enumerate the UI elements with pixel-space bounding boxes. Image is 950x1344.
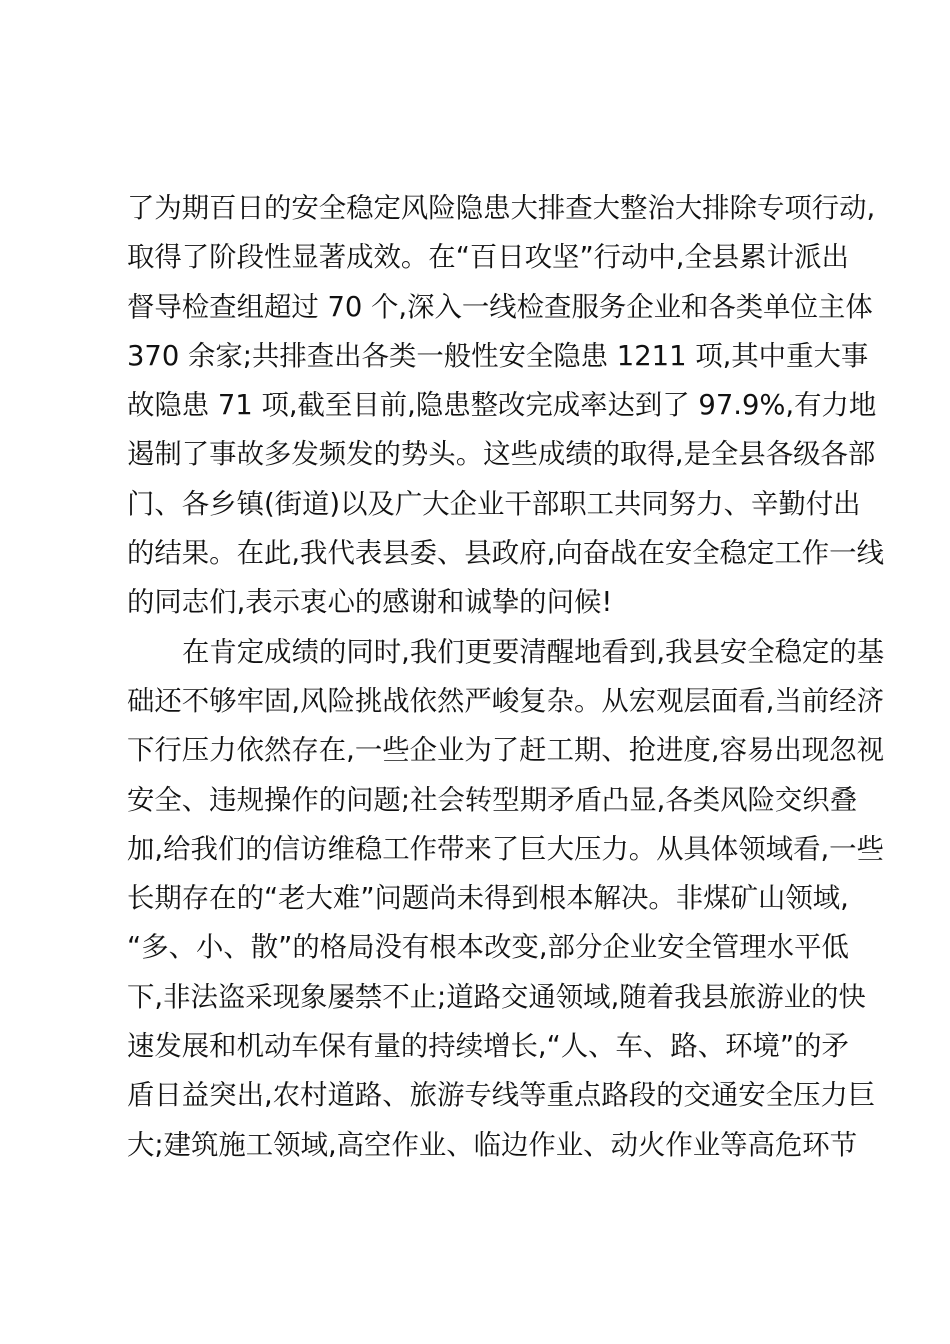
- paragraph-achievements: 了为期百日的安全稳定风险隐患大排查大整治大排除专项行动, 取得了阶段性显著成效。…: [127, 184, 832, 628]
- text-line: 安全、违规操作的问题;社会转型期矛盾凸显,各类风险交织叠: [127, 776, 832, 825]
- text-line: 取得了阶段性显著成效。在“百日攻坚”行动中,全县累计派出: [127, 233, 832, 282]
- text-line: 370 余家;共排查出各类一般性安全隐患 1211 项,其中重大事: [127, 332, 832, 381]
- text-line: 速发展和机动车保有量的持续增长,“人、车、路、环境”的矛: [127, 1022, 832, 1071]
- text-line: 下,非法盗采现象屡禁不止;道路交通领域,随着我县旅游业的快: [127, 973, 832, 1022]
- text-line: 础还不够牢固,风险挑战依然严峻复杂。从宏观层面看,当前经济: [127, 677, 832, 726]
- text-line: 督导检查组超过 70 个,深入一线检查服务企业和各类单位主体: [127, 283, 832, 332]
- text-line: “多、小、散”的格局没有根本改变,部分企业安全管理水平低: [127, 923, 832, 972]
- text-line: 门、各乡镇(街道)以及广大企业干部职工共同努力、辛勤付出: [127, 480, 832, 529]
- text-line: 在肯定成绩的同时,我们更要清醒地看到,我县安全稳定的基: [127, 628, 832, 677]
- text-line: 盾日益突出,农村道路、旅游专线等重点路段的交通安全压力巨: [127, 1071, 832, 1120]
- text-line: 的结果。在此,我代表县委、县政府,向奋战在安全稳定工作一线: [127, 529, 832, 578]
- text-line: 加,给我们的信访维稳工作带来了巨大压力。从具体领域看,一些: [127, 825, 832, 874]
- text-line: 长期存在的“老大难”问题尚未得到根本解决。非煤矿山领域,: [127, 874, 832, 923]
- text-line: 了为期百日的安全稳定风险隐患大排查大整治大排除专项行动,: [127, 184, 832, 233]
- document-page: 了为期百日的安全稳定风险隐患大排查大整治大排除专项行动, 取得了阶段性显著成效。…: [127, 184, 832, 1170]
- text-line: 的同志们,表示衷心的感谢和诚挚的问候!: [127, 578, 832, 627]
- text-line: 遏制了事故多发频发的势头。这些成绩的取得,是全县各级各部: [127, 430, 832, 479]
- paragraph-challenges: 在肯定成绩的同时,我们更要清醒地看到,我县安全稳定的基 础还不够牢固,风险挑战依…: [127, 628, 832, 1170]
- text-line: 故隐患 71 项,截至目前,隐患整改完成率达到了 97.9%,有力地: [127, 381, 832, 430]
- text-line: 大;建筑施工领域,高空作业、临边作业、动火作业等高危环节: [127, 1121, 832, 1170]
- text-line: 下行压力依然存在,一些企业为了赶工期、抢进度,容易出现忽视: [127, 726, 832, 775]
